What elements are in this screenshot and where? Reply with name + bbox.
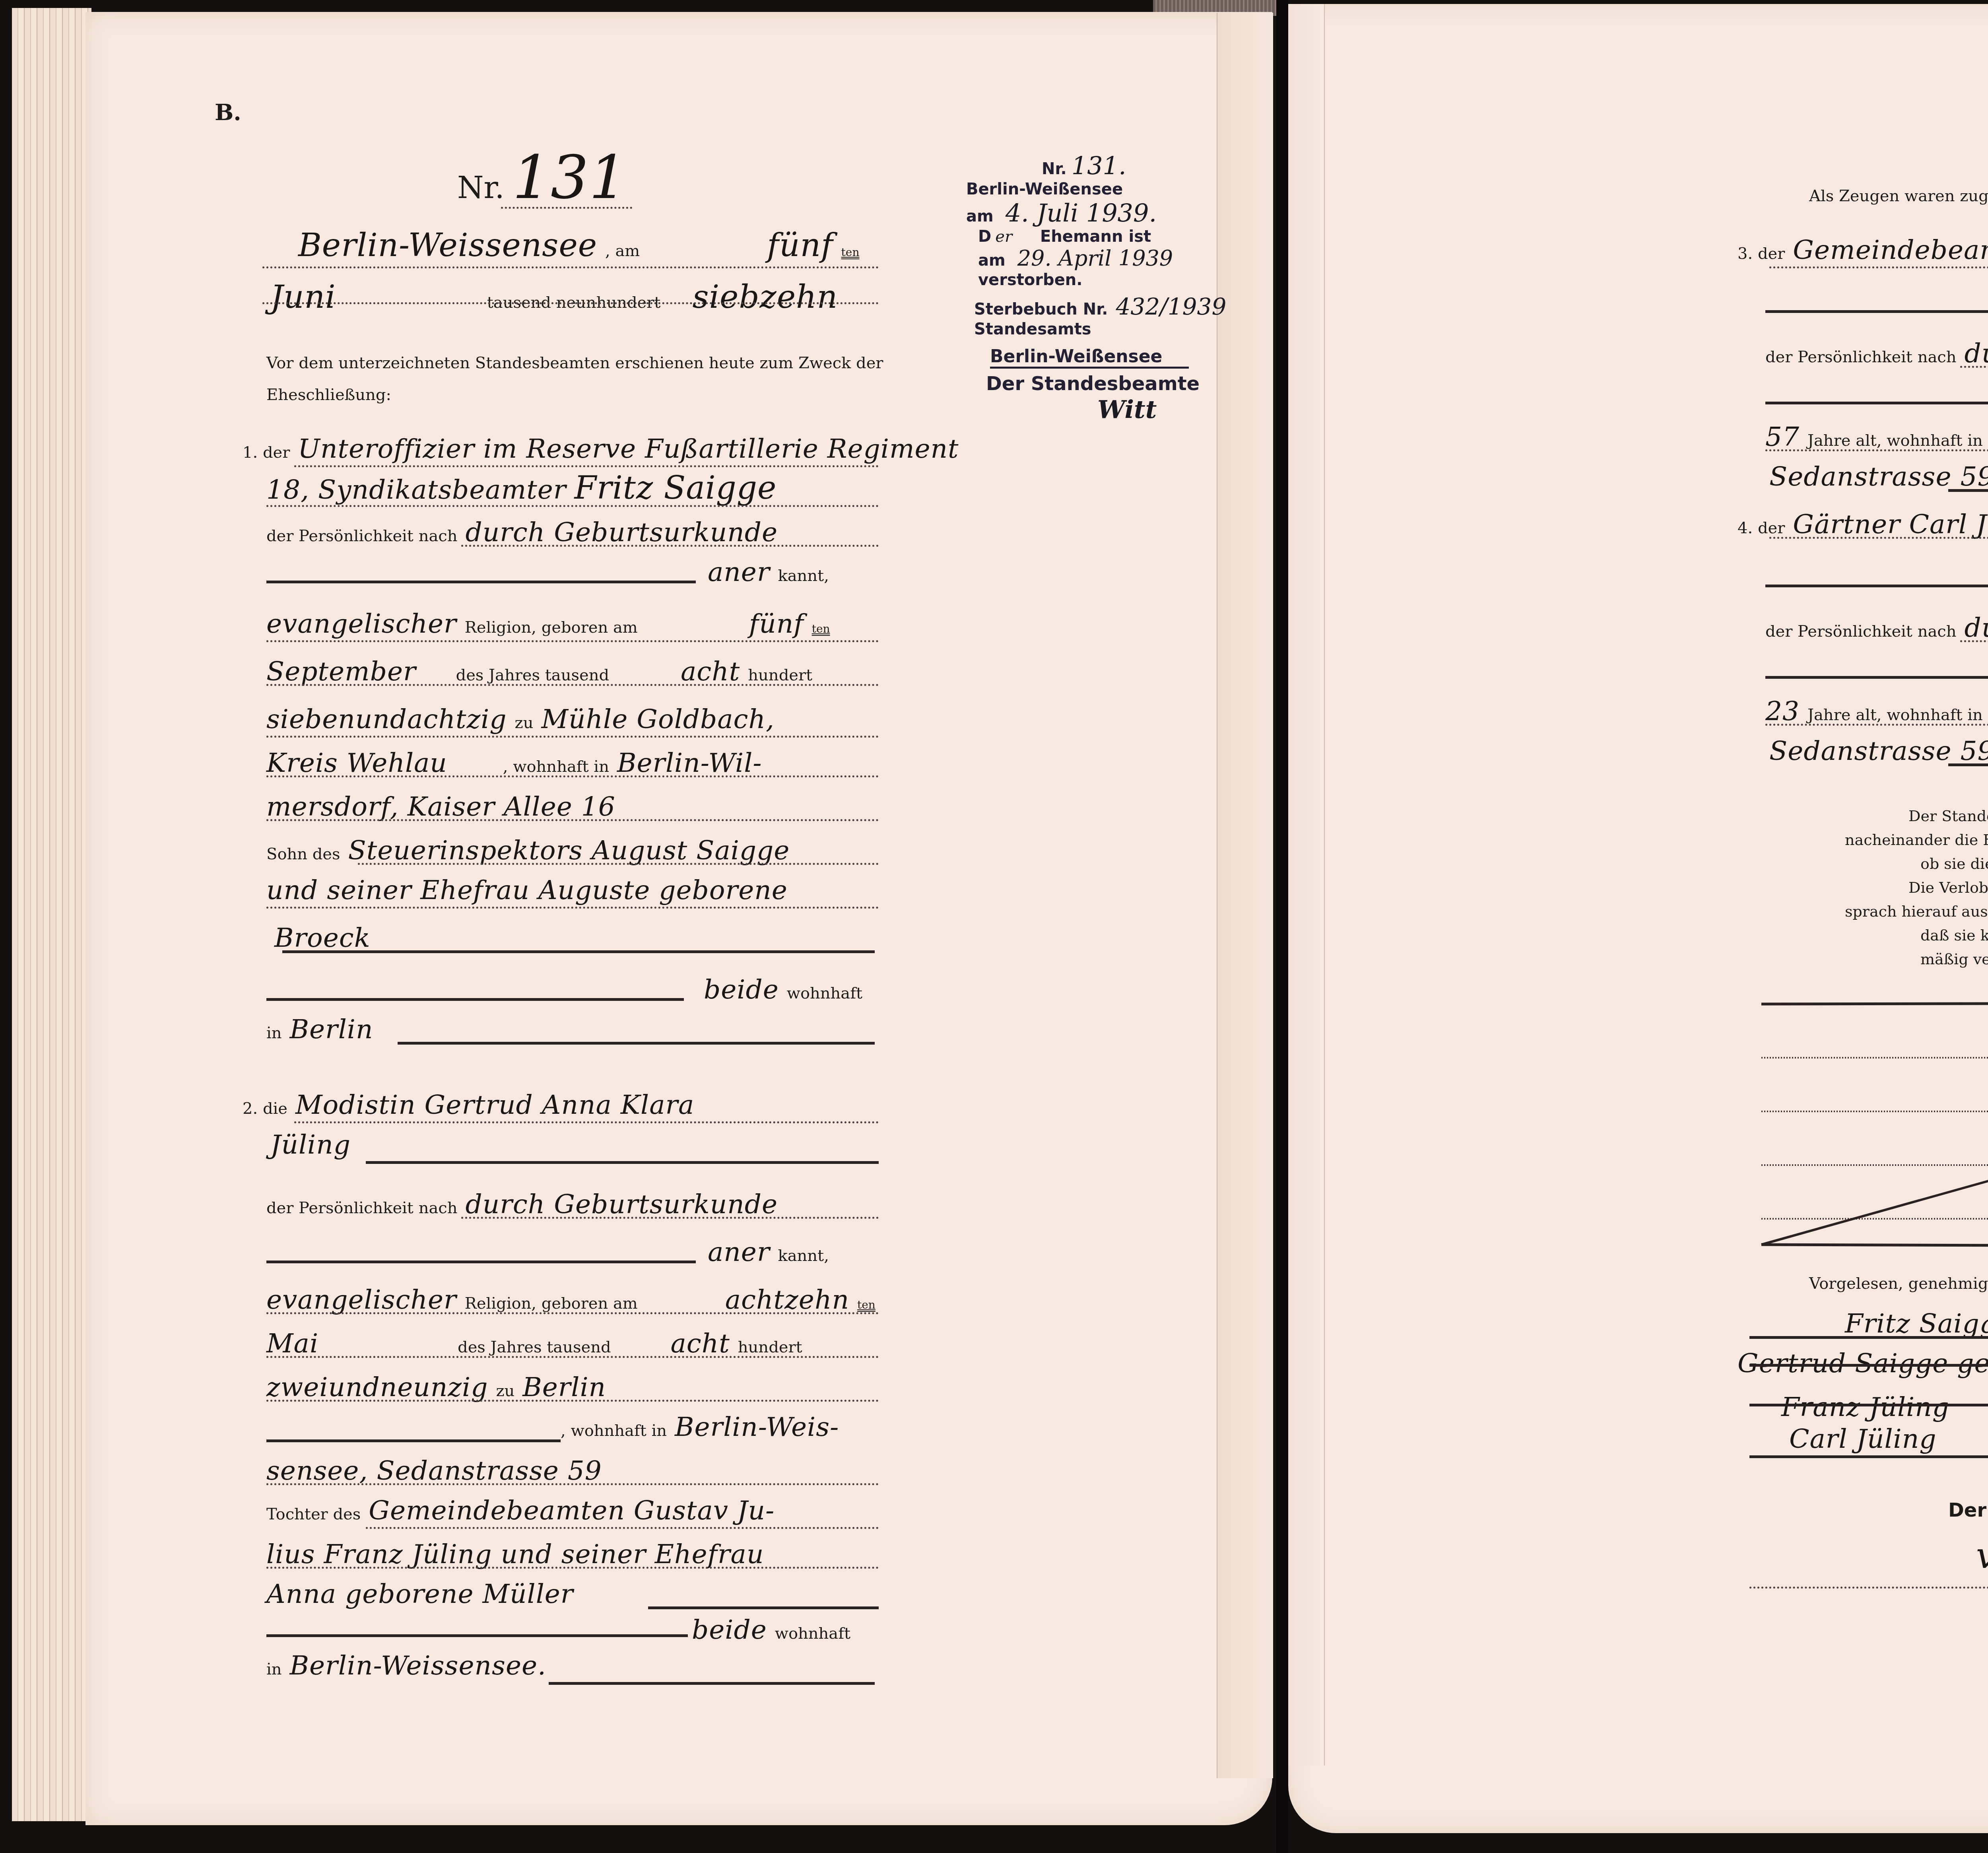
dotted-rule — [358, 863, 879, 865]
witness4-number-label: 4. der — [1738, 519, 1785, 537]
stamp-am-label: am — [966, 207, 994, 225]
bride-birth-month: Mai — [266, 1328, 318, 1359]
signature-rule — [1749, 1455, 1988, 1458]
signature-rule — [1749, 1404, 1988, 1406]
witness3-identity-line: der Persönlichkeit nach durch Heiratsurk… — [1765, 338, 1988, 369]
signature-rule — [1749, 1364, 1988, 1367]
witness4-age-line: 23 Jahre alt, wohnhaft in Berlin-Weissen… — [1765, 696, 1988, 726]
religion-label: Religion, geboren am — [465, 618, 638, 637]
in-label: in — [266, 1660, 282, 1678]
bride-number-label: 2. die — [243, 1099, 287, 1118]
dotted-rule — [262, 302, 879, 304]
dotted-rule — [266, 1356, 879, 1358]
closing-line: Vorgelesen, genehmigt und unterschrieben — [1809, 1264, 1988, 1295]
solid-rule — [266, 581, 696, 583]
day: fünf — [767, 227, 833, 264]
witness4-name-line: 4. der Gärtner Carl Jüling — [1738, 509, 1988, 540]
groom-father-line: Sohn des Steuerinspektors August Saigge — [266, 835, 790, 866]
place-date-line: Berlin-Weissensee , am fünf ten — [298, 227, 859, 264]
groom-birth-year-line: siebenundachtzig zu Mühle Goldbach, — [266, 704, 775, 734]
margin-death-stamp: Nr. 131. Berlin-Weißensee am 4. Juli 193… — [966, 151, 1221, 424]
dotted-rule — [366, 1527, 879, 1529]
dotted-rule — [1765, 449, 1988, 451]
groom-birth-month: September — [266, 656, 416, 687]
day-suffix: ten — [841, 246, 860, 259]
groom-birth-place: Mühle Goldbach, — [541, 704, 775, 734]
signature-bride: Gertrud Saigge geborene Jüling. — [1738, 1348, 1988, 1379]
signature-rule — [1749, 1336, 1988, 1339]
groom-birth-day: fünf — [749, 608, 804, 639]
identity-label: der Persönlichkeit nach — [1765, 348, 1956, 366]
witness3-age: 57 — [1765, 421, 1800, 452]
bride-birth-day: achtzehn — [725, 1284, 849, 1315]
groom-identity-value: durch Geburtsurkunde — [465, 517, 778, 548]
number-label: Nr. — [457, 170, 505, 205]
bride-known-line: aner kannt, — [708, 1237, 829, 1267]
signature-groom: Fritz Saigge — [1845, 1308, 1988, 1339]
right-page-fold — [1288, 4, 1325, 1766]
parents-residence-value: beide — [692, 1614, 767, 1645]
known-value: aner — [708, 557, 770, 587]
groom-name: Fritz Saigge — [574, 469, 777, 506]
day-suffix: ten — [857, 1298, 876, 1311]
bride-parents-place-line: in Berlin-Weissensee. — [266, 1650, 546, 1681]
groom-residence-line: Kreis Wehlau , wohnhaft in Berlin-Wil- — [266, 748, 762, 778]
hundert-label: hundert — [738, 1338, 802, 1356]
solid-rule — [1765, 676, 1988, 679]
groom-name-line: 18, Syndikatsbeamter Fritz Saigge — [266, 469, 777, 506]
page-edges — [12, 8, 91, 1821]
dotted-rule — [461, 1217, 879, 1219]
bride-father-line: Tochter des Gemeindebeamten Gustav Ju- — [266, 1495, 775, 1526]
stamp-am-label: am — [978, 251, 1006, 270]
solid-rule — [366, 1161, 879, 1164]
groom-occupation-line1: 1. der Unteroffizier im Reserve Fußartil… — [243, 433, 959, 464]
dotted-rule — [266, 1312, 879, 1314]
bride-birth-year: zweiundneunzig — [266, 1372, 488, 1402]
bride-residence-line: , wohnhaft in Berlin-Weis- — [561, 1412, 839, 1442]
groom-parents-residence: beide wohnhaft — [704, 974, 862, 1005]
dotted-rule — [1765, 724, 1988, 726]
groom-number-label: 1. der — [243, 443, 290, 462]
left-page-fold — [1217, 13, 1273, 1778]
bride-father-cont: lius Franz Jüling und seiner Ehefrau — [266, 1539, 764, 1569]
witness4-name: Gärtner Carl Jüling — [1793, 509, 1988, 540]
day-suffix: ten — [812, 622, 830, 635]
bride-birth-month-line: Mai des Jahres tausend acht hundert — [266, 1328, 802, 1359]
witness4-residence-cont: Sedanstrasse 59 — [1769, 736, 1988, 766]
witness3-identity-value: durch Heiratsurkunde — [1964, 338, 1988, 369]
dotted-rule — [266, 1483, 879, 1485]
registrar-label: Der Standesbeamte. — [1948, 1499, 1988, 1521]
stamp-spouse-prefix: D — [978, 227, 991, 246]
age-label: Jahre alt, wohnhaft in — [1807, 706, 1983, 724]
stamp-died-label: verstorben. — [978, 271, 1221, 289]
bride-identity-line: der Persönlichkeit nach durch Geburtsurk… — [266, 1189, 778, 1220]
ceremony-text-line: daß sie kraft des Bürgerlichen Gesetzbuc… — [1920, 926, 1988, 944]
section-letter: B. — [215, 99, 241, 126]
bride-birth-place: Berlin — [522, 1372, 606, 1402]
dotted-rule — [294, 465, 879, 467]
month-year-line: Juni tausend neunhundert siebzehn — [270, 278, 838, 315]
solid-rule — [1765, 310, 1988, 313]
stamp-spouse-article: er — [995, 227, 1012, 246]
month: Juni — [270, 278, 336, 315]
dotted-rule — [266, 775, 879, 777]
registrar-signature: v. Krahn — [1976, 1535, 1988, 1577]
am-label: , am — [605, 242, 640, 260]
bride-parents-residence: beide wohnhaft — [692, 1614, 850, 1645]
stamp-office-name: Berlin-Weißensee — [990, 346, 1189, 369]
dotted-rule — [266, 505, 879, 507]
witness4-age: 23 — [1765, 696, 1800, 726]
bride-birth-year-line: zweiundneunzig zu Berlin — [266, 1372, 606, 1402]
stamp-register-value: 432/1939 — [1116, 293, 1226, 320]
bride-mother: Anna geborene Müller — [266, 1579, 573, 1609]
ceremony-text-line: Die Verlobten bejahten diese Frage und d… — [1908, 879, 1988, 896]
known-label: kannt, — [778, 567, 829, 585]
bride-occupation-name: Modistin Gertrud Anna Klara — [295, 1090, 694, 1120]
hundert-label: hundert — [748, 666, 812, 684]
cancellation-z-stroke — [1757, 994, 1988, 1257]
witness4-identity-value: durch Geburtsurkunde — [1964, 612, 1988, 643]
ceremony-text-line: ob sie die Ehe miteinander eingehen woll… — [1920, 855, 1988, 872]
groom-birth-district: Kreis Wehlau — [266, 748, 447, 778]
ceremony-text-line: Der Standesbeamte richtete an die Verlob… — [1908, 807, 1988, 825]
bride-religion-line: evangelischer Religion, geboren am achtz… — [266, 1284, 876, 1315]
groom-mother: und seiner Ehefrau Auguste geborene — [266, 875, 788, 905]
parents-residence-value: beide — [704, 974, 779, 1005]
signature-witness3: Franz Jüling — [1781, 1392, 1949, 1422]
parents-label: Tochter des — [266, 1505, 361, 1523]
groom-mother-maiden: Broeck — [274, 923, 371, 953]
zu-label: zu — [496, 1382, 514, 1400]
age-label: Jahre alt, wohnhaft in — [1807, 431, 1983, 450]
year-label: des Jahres tausend — [458, 1338, 611, 1356]
solid-rule — [282, 950, 875, 953]
signature-witness4: Carl Jüling — [1789, 1424, 1936, 1454]
residence-label: wohnhaft — [787, 984, 862, 1002]
solid-rule — [1765, 402, 1988, 404]
stamp-register-label: Sterbebuch Nr. — [974, 300, 1108, 319]
groom-occupation-cont: 18, Syndikatsbeamter — [266, 474, 566, 505]
dotted-rule — [1960, 640, 1988, 642]
dotted-rule — [266, 907, 879, 909]
intro-text-line1: Vor dem unterzeichneten Standesbeamten e… — [266, 354, 883, 372]
dotted-rule — [266, 819, 879, 821]
zu-label: zu — [515, 714, 534, 732]
solid-rule — [266, 1634, 688, 1637]
witness3-number-label: 3. der — [1738, 245, 1785, 263]
year: siebzehn — [692, 278, 838, 315]
bride-identity-value: durch Geburtsurkunde — [465, 1189, 778, 1220]
dotted-rule — [266, 684, 879, 686]
witnesses-heading: Als Zeugen waren zugezogen und erschiene… — [1809, 187, 1988, 205]
stamp-registrar-signature: Witt — [1097, 395, 1221, 424]
witness3-age-line: 57 Jahre alt, wohnhaft in Berlin-Weissen… — [1765, 421, 1988, 452]
book-gutter — [1276, 0, 1288, 1853]
identity-label: der Persönlichkeit nach — [266, 527, 457, 545]
witness3-name: Gemeindebeamte Franz Jüling — [1793, 235, 1988, 265]
stamp-nr-value: 131. — [1072, 151, 1126, 180]
stamp-registrar-label: Der Standesbeamte — [986, 373, 1221, 395]
known-label: kannt, — [778, 1247, 829, 1265]
residence-label: , wohnhaft in — [503, 758, 609, 776]
closing-label: Vorgelesen, genehmigt und — [1809, 1274, 1988, 1293]
intro-text-line2: Eheschließung: — [266, 386, 391, 404]
solid-rule — [1948, 489, 1988, 492]
dotted-rule — [262, 266, 879, 268]
stamp-nr-label: Nr. — [1042, 160, 1067, 178]
stamp-office-label: Standesamts — [974, 320, 1221, 338]
ceremony-text-line: mäßig verbundene Eheleute seien. — [1920, 950, 1988, 968]
dotted-rule — [294, 1121, 879, 1123]
groom-religion-line: evangelischer Religion, geboren am fünf … — [266, 608, 830, 639]
solid-rule — [648, 1606, 879, 1609]
witness3-name-line: 3. der Gemeindebeamte Franz Jüling — [1738, 235, 1988, 265]
groom-birth-year: siebenundachtzig — [266, 704, 507, 734]
bride-residence: Berlin-Weis- — [675, 1412, 839, 1442]
solid-rule — [266, 1261, 696, 1263]
bride-religion: evangelischer — [266, 1284, 457, 1315]
record-number: Nr. 131 — [457, 143, 627, 212]
groom-occupation: Unteroffizier im Reserve Fußartillerie R… — [298, 433, 959, 464]
number-value: 131 — [513, 143, 627, 212]
dotted-rule — [1749, 1587, 1988, 1589]
solid-rule — [266, 998, 684, 1001]
stamp-spouse-label: Ehemann ist — [1040, 227, 1151, 246]
groom-known-line: aner kannt, — [708, 557, 829, 587]
groom-religion: evangelischer — [266, 608, 457, 639]
religion-label: Religion, geboren am — [465, 1294, 638, 1313]
dotted-rule — [266, 1400, 879, 1402]
year-label: des Jahres tausend — [456, 666, 609, 684]
dotted-rule — [266, 1567, 879, 1569]
solid-rule — [266, 1439, 561, 1442]
groom-father: Steuerinspektors August Saigge — [348, 835, 790, 866]
dotted-rule — [1960, 366, 1988, 368]
dotted-rule — [461, 545, 879, 547]
dotted-rule — [1769, 537, 1988, 539]
groom-residence: Berlin-Wil- — [617, 748, 762, 778]
bride-name-line1: 2. die Modistin Gertrud Anna Klara — [243, 1090, 694, 1120]
dotted-rule — [1769, 266, 1988, 268]
bride-father: Gemeindebeamten Gustav Ju- — [369, 1495, 775, 1526]
stamp-death-date: 29. April 1939 — [1017, 246, 1173, 271]
in-label: in — [266, 1024, 282, 1042]
stamp-date: 4. Juli 1939. — [1006, 198, 1157, 227]
dotted-rule — [266, 736, 879, 738]
groom-identity-line: der Persönlichkeit nach durch Geburtsurk… — [266, 517, 778, 548]
identity-label: der Persönlichkeit nach — [1765, 622, 1956, 641]
solid-rule — [398, 1042, 875, 1045]
witness3-residence-cont: Sedanstrasse 59 — [1769, 461, 1988, 492]
known-value: aner — [708, 1237, 770, 1267]
stamp-office: Berlin-Weißensee — [966, 180, 1221, 198]
groom-birth-century: acht — [681, 656, 740, 687]
dotted-rule — [501, 207, 632, 209]
groom-residence-cont: mersdorf, Kaiser Allee 16 — [266, 791, 615, 822]
residence-label: , wohnhaft in — [561, 1422, 667, 1440]
residence-label: wohnhaft — [775, 1624, 850, 1643]
solid-rule — [1948, 763, 1988, 766]
witness4-identity-line: der Persönlichkeit nach durch Geburtsurk… — [1765, 612, 1988, 643]
groom-birth-month-line: September des Jahres tausend acht hunder… — [266, 656, 812, 687]
bride-parents-place: Berlin-Weissensee. — [290, 1650, 546, 1681]
groom-parents-place: Berlin — [290, 1014, 373, 1045]
groom-parents-place-line: in Berlin — [266, 1014, 373, 1045]
place: Berlin-Weissensee — [298, 227, 597, 264]
ceremony-text-line: sprach hierauf aus, — [1845, 903, 1988, 920]
solid-rule — [549, 1682, 875, 1685]
parents-label: Sohn des — [266, 845, 340, 863]
dotted-rule — [266, 640, 879, 642]
solid-rule — [1765, 585, 1988, 587]
ceremony-text-line: nacheinander die Frage: — [1845, 831, 1988, 849]
bride-residence-cont: sensee, Sedanstrasse 59 — [266, 1455, 602, 1486]
identity-label: der Persönlichkeit nach — [266, 1199, 457, 1217]
bride-surname: Jüling — [270, 1129, 351, 1160]
bride-birth-century: acht — [671, 1328, 730, 1359]
